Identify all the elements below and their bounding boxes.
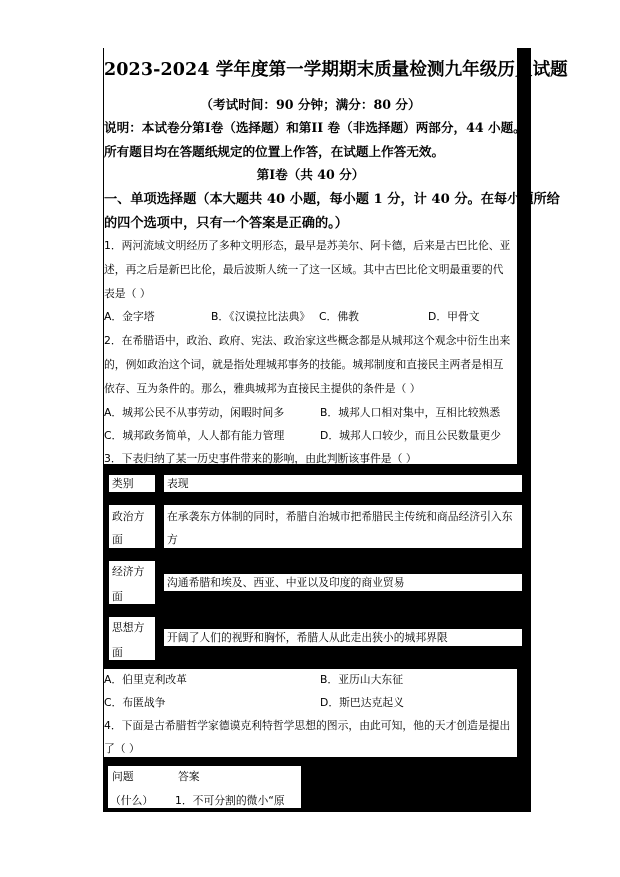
table-row-thought-text: 开阔了人们的视野和胸怀，希腊人从此走出狭小的城邦界限 — [164, 629, 522, 646]
table-header-description: 表现 — [164, 475, 522, 492]
table-row-political-category: 政治方 面 — [109, 505, 155, 548]
table-row-answer: 1．不可分割的微小“原 — [175, 793, 285, 808]
question-3-option-a[interactable]: A．伯里克利改革 — [104, 672, 187, 687]
question-2-option-a[interactable]: A．城邦公民不从事劳动，闲暇时间多 — [104, 405, 284, 420]
question-3-option-b[interactable]: B．亚历山大东征 — [320, 672, 403, 687]
question-1-option-d[interactable]: D．甲骨文 — [428, 309, 480, 324]
question-1-option-b[interactable]: B．《汉谟拉比法典》 — [211, 309, 310, 324]
question-1-line-3: 表是（ ） — [104, 286, 151, 301]
question-2-line-2: 的，例如政治这个词，就是指处理城邦事务的技能。城邦制度和直接民主两者是相互 — [104, 357, 503, 372]
table-row-economic-category: 经济方 面 — [109, 561, 155, 604]
exam-title: 2023-2024 学年度第一学期期末质量检测九年级历史试题 — [104, 56, 568, 81]
exam-info: （考试时间：90 分钟；满分：80 分） — [104, 94, 517, 113]
table-row-question: （什么） — [110, 793, 153, 808]
redaction-bar-right-lower — [517, 669, 531, 757]
part-heading-line-1: 一、单项选择题（本大题共 40 小题，每小题 1 分，计 40 分。在每小题所给 — [104, 188, 560, 207]
redaction-bar-right — [517, 48, 531, 464]
table-row-economic-text: 沟通希腊和埃及、西亚、中亚以及印度的商业贸易 — [164, 574, 522, 591]
question-2-option-c[interactable]: C．城邦政务简单，人人都有能力管理 — [104, 428, 284, 443]
table-header-answer: 答案 — [178, 769, 200, 784]
question-2-line-1: 2．在希腊语中，政治、政府、宪法、政治家这些概念都是从城邦这个观念中衍生出来 — [104, 333, 510, 348]
question-1-option-c[interactable]: C．佛教 — [319, 309, 359, 324]
question-4-table-cell: 问题 答案 （什么） 1．不可分割的微小“原 — [108, 766, 301, 808]
question-2-option-d[interactable]: D．城邦人口较少，而且公民数量更少 — [320, 428, 501, 443]
question-2-option-b[interactable]: B．城邦人口相对集中，互相比较熟悉 — [320, 405, 500, 420]
table-row-political-text: 在承袭东方体制的同时，希腊自治城市把希腊民主传统和商品经济引入东 方 — [164, 505, 522, 548]
question-1-line-2: 述，再之后是新巴比伦，最后波斯人统一了这一区域。其中古巴比伦文明最重要的代 — [104, 262, 503, 277]
question-1-option-a[interactable]: A．金字塔 — [104, 309, 155, 324]
part-heading-line-2: 的四个选项中，只有一个答案是正确的。） — [104, 212, 348, 231]
question-4-line-1: 4．下面是古希腊哲学家德谟克利特哲学思想的图示，由此可知，他的天才创造是提出 — [104, 718, 510, 733]
table-row-thought-category: 思想方 面 — [109, 617, 155, 660]
question-3-option-c[interactable]: C．布匿战争 — [104, 695, 166, 710]
section-title: 第Ⅰ卷（共 40 分） — [104, 164, 517, 183]
table-header-question: 问题 — [112, 769, 134, 784]
question-3-option-d[interactable]: D．斯巴达克起义 — [320, 695, 404, 710]
question-2-line-3: 依存、互为条件的。那么，雅典城邦为直接民主提供的条件是（ ） — [104, 381, 421, 396]
question-4-line-2: 了（ ） — [104, 741, 140, 756]
table-header-category: 类别 — [109, 475, 155, 492]
instructions-line-2: 所有题目均在答题纸规定的位置上作答，在试题上作答无效。 — [104, 141, 444, 160]
instructions-line-1: 说明：本试卷分第Ⅰ卷（选择题）和第II 卷（非选择题）两部分，44 小题。 — [104, 117, 526, 136]
question-1-line-1: 1．两河流域文明经历了多种文明形态，最早是苏美尔、阿卡德，后来是古巴比伦、亚 — [104, 238, 510, 253]
